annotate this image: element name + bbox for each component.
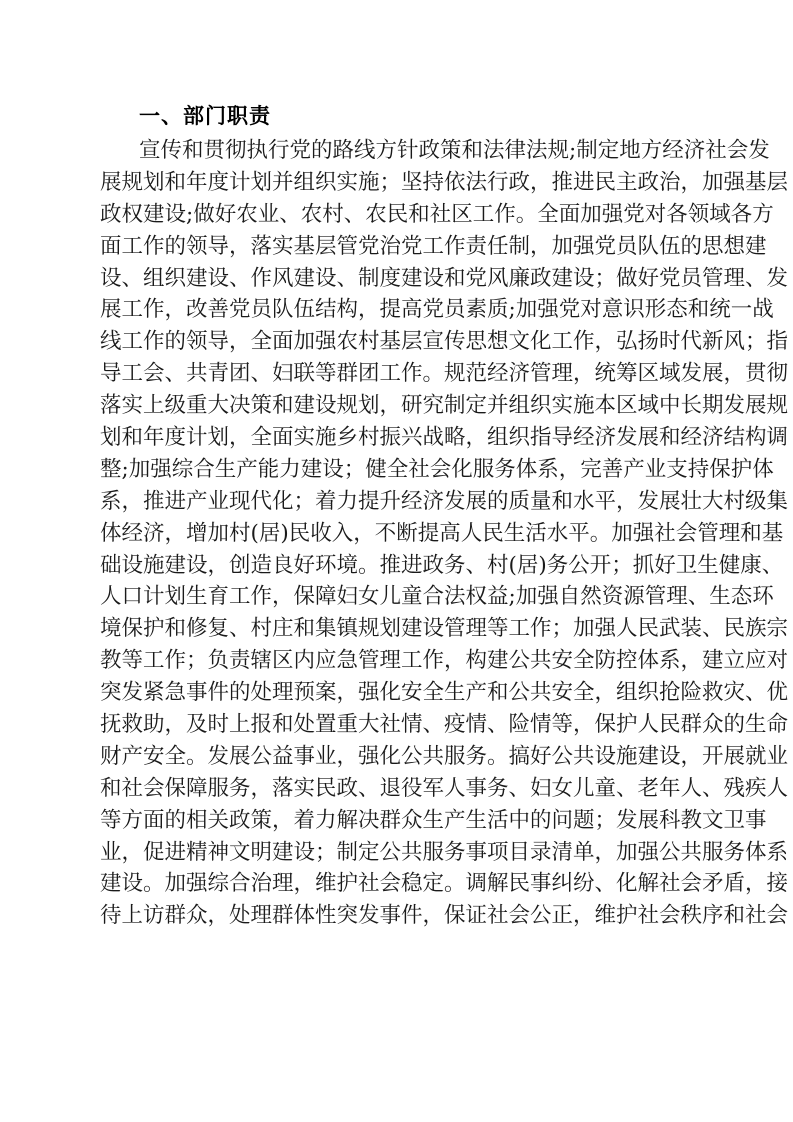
text-line: 政权建设;做好农业、农村、农民和社区工作。全面加强党对各领域各方 <box>100 199 698 231</box>
text-line: 落实上级重大决策和建设规划，研究制定并组织实施本区域中长期发展规 <box>100 390 698 422</box>
text-line: 宣传和贯彻执行党的路线方针政策和法律法规;制定地方经济社会发 <box>100 135 698 167</box>
document-page: 一、部门职责 宣传和贯彻执行党的路线方针政策和法律法规;制定地方经济社会发 展规… <box>0 0 793 1122</box>
text-line: 线工作的领导，全面加强农村基层宣传思想文化工作，弘扬时代新风；指 <box>100 326 698 358</box>
text-line: 体经济，增加村(居)民收入，不断提高人民生活水平。加强社会管理和基 <box>100 518 698 550</box>
text-line: 等方面的相关政策，着力解决群众生产生活中的问题；发展科教文卫事 <box>100 805 698 837</box>
text-line: 展规划和年度计划并组织实施；坚持依法行政，推进民主政治，加强基层 <box>100 167 698 199</box>
text-line: 业，促进精神文明建设；制定公共服务事项目录清单，加强公共服务体系 <box>100 837 698 869</box>
text-line: 导工会、共青团、妇联等群团工作。规范经济管理，统筹区域发展，贯彻 <box>100 358 698 390</box>
text-line: 建设。加强综合治理，维护社会稳定。调解民事纠纷、化解社会矛盾，接 <box>100 868 698 900</box>
text-line: 教等工作；负责辖区内应急管理工作，构建公共安全防控体系，建立应对 <box>100 645 698 677</box>
text-line: 待上访群众，处理群体性突发事件，保证社会公正，维护社会秩序和社会 <box>100 900 698 932</box>
text-line: 境保护和修复、村庄和集镇规划建设管理等工作；加强人民武装、民族宗 <box>100 613 698 645</box>
text-line: 面工作的领导，落实基层管党治党工作责任制，加强党员队伍的思想建 <box>100 231 698 263</box>
text-line: 系，推进产业现代化；着力提升经济发展的质量和水平，发展壮大村级集 <box>100 486 698 518</box>
text-line: 和社会保障服务，落实民政、退役军人事务、妇女儿童、老年人、残疾人 <box>100 773 698 805</box>
text-line: 财产安全。发展公益事业，强化公共服务。搞好公共设施建设，开展就业 <box>100 741 698 773</box>
text-line: 整;加强综合生产能力建设；健全社会化服务体系，完善产业支持保护体 <box>100 454 698 486</box>
text-line: 展工作，改善党员队伍结构，提高党员素质;加强党对意识形态和统一战 <box>100 294 698 326</box>
body-paragraph: 宣传和贯彻执行党的路线方针政策和法律法规;制定地方经济社会发 展规划和年度计划并… <box>100 135 698 932</box>
text-line: 础设施建设，创造良好环境。推进政务、村(居)务公开；抓好卫生健康、 <box>100 550 698 582</box>
text-line: 人口计划生育工作，保障妇女儿童合法权益;加强自然资源管理、生态环 <box>100 581 698 613</box>
text-line: 划和年度计划，全面实施乡村振兴战略，组织指导经济发展和经济结构调 <box>100 422 698 454</box>
text-line: 抚救助，及时上报和处置重大社情、疫情、险情等，保护人民群众的生命 <box>100 709 698 741</box>
text-line: 设、组织建设、作风建设、制度建设和党风廉政建设；做好党员管理、发 <box>100 263 698 295</box>
text-line: 突发紧急事件的处理预案，强化安全生产和公共安全，组织抢险救灾、优 <box>100 677 698 709</box>
section-heading: 一、部门职责 <box>139 102 271 130</box>
